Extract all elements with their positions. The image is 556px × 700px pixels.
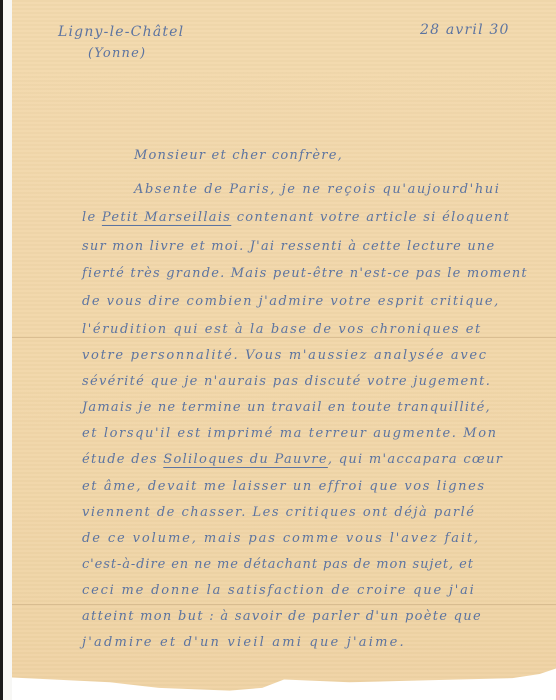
body-text: contenant votre article si éloquent	[231, 210, 510, 225]
paper-fold-line	[12, 337, 556, 338]
body-text: étude des	[82, 452, 163, 467]
body-line: et lorsqu'il est imprimé ma terreur augm…	[82, 426, 498, 441]
place-line-2: (Yonne)	[88, 46, 146, 61]
body-line: votre personnalité. Vous m'aussiez analy…	[82, 348, 488, 363]
book-title: Soliloques du Pauvre	[163, 452, 328, 467]
body-line: Absente de Paris, je ne reçois qu'aujour…	[134, 182, 514, 197]
newspaper-title: Petit Marseillais	[102, 210, 231, 225]
body-line: le Petit Marseillais contenant votre art…	[82, 210, 510, 225]
body-text: le	[82, 210, 102, 225]
body-line: Jamais je ne termine un travail en toute…	[82, 400, 491, 415]
body-line: de vous dire combien j'admire votre espr…	[82, 294, 500, 309]
body-line: j'admire et d'un vieil ami que j'aime.	[82, 635, 406, 650]
body-line: étude des Soliloques du Pauvre, qui m'ac…	[82, 452, 503, 467]
scan-margin	[3, 0, 12, 700]
salutation: Monsieur et cher confrère,	[134, 148, 343, 163]
body-line: sur mon livre et moi. J'ai ressenti à ce…	[82, 239, 495, 254]
body-line: c'est-à-dire en ne me détachant pas de m…	[82, 557, 474, 572]
body-line: viennent de chasser. Les critiques ont d…	[82, 505, 475, 520]
body-line: fierté très grande. Mais peut-être n'est…	[82, 266, 528, 281]
scanned-letter: Ligny-le-Châtel (Yonne) 28 avril 30 Mons…	[0, 0, 556, 700]
body-text: , qui m'accapara cœur	[328, 452, 503, 467]
body-line: l'érudition qui est à la base de vos chr…	[82, 322, 482, 337]
body-line: sévérité que je n'aurais pas discuté vot…	[82, 374, 491, 389]
body-line: ceci me donne la satisfaction de croire …	[82, 583, 476, 598]
letter-date: 28 avril 30	[420, 22, 510, 38]
body-line: de ce volume, mais pas comme vous l'avez…	[82, 531, 480, 546]
body-line: atteint mon but : à savoir de parler d'u…	[82, 609, 482, 624]
paper-fold-line	[12, 604, 556, 605]
body-line: et âme, devait me laisser un effroi que …	[82, 479, 486, 494]
place-line-1: Ligny-le-Châtel	[58, 24, 184, 40]
